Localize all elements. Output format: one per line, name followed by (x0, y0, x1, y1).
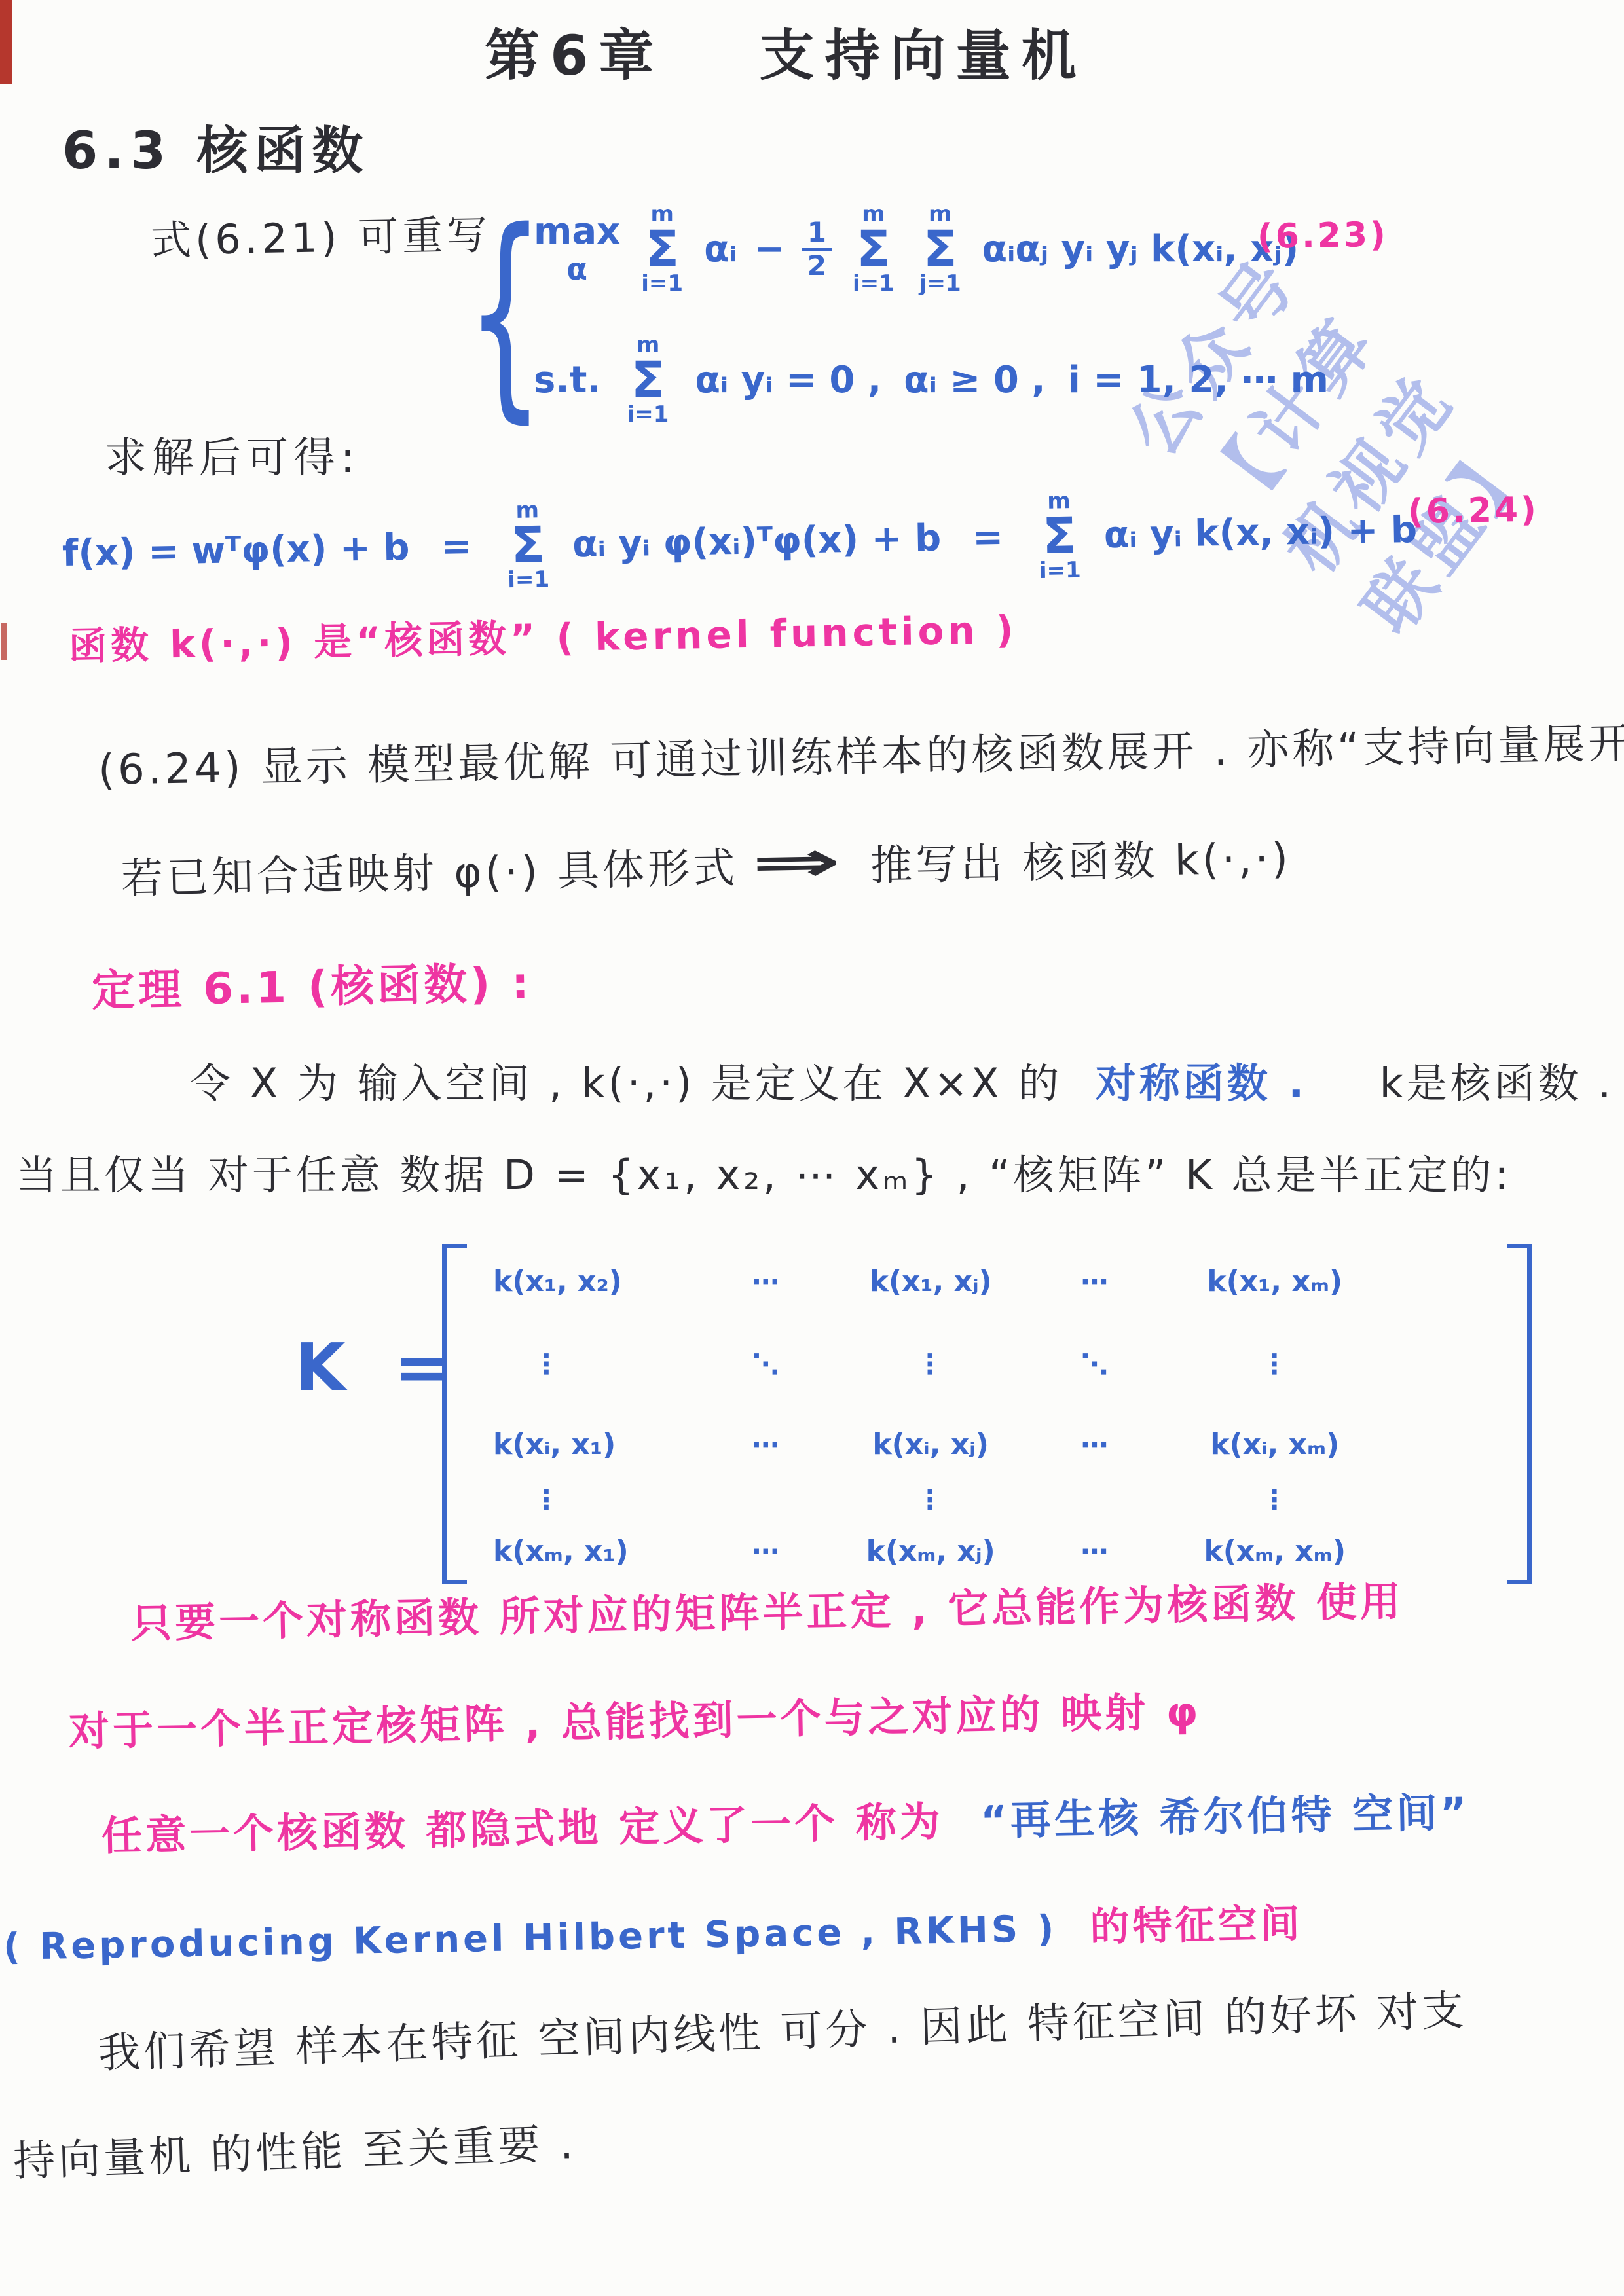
max-operator: max α (534, 213, 620, 284)
sum-lower-limit: i=1 (507, 568, 549, 591)
symmetric-function-highlight: 对称函数 . (1096, 1059, 1307, 1107)
matrix-cell: ⋯ (1080, 1535, 1109, 1567)
matrix-cell: ⋮ (916, 1484, 945, 1516)
equation-number-6-24: (6.24) (1407, 490, 1539, 532)
matrix-cell: ⋯ (1080, 1429, 1109, 1461)
sum-lower-limit: i=1 (641, 272, 683, 295)
matrix-symbol-K: K (295, 1329, 346, 1406)
scan-artifact (1, 623, 7, 660)
subject-to-label: s.t. (534, 359, 601, 401)
mapping-conclusion: 推写出 核函数 k(·,·) (870, 835, 1292, 890)
theorem-line-1: 令 X 为 输入空间 , k(·,·) 是定义在 X×X 的 对称函数 . k是… (190, 1051, 1614, 1109)
sum-constraint: m Σ i=1 (627, 334, 669, 426)
fraction-one-half: 1 2 (802, 218, 832, 280)
matrix-left-bracket (442, 1244, 467, 1584)
phi-expansion-term: αᵢ yᵢ φ(xᵢ)ᵀφ(x) + b (572, 517, 942, 566)
matrix-cell: ⋱ (752, 1348, 781, 1380)
feature-space-pink: 的特征空间 (1090, 1901, 1303, 1950)
constraint-alpha-nonneg: αᵢ ≥ 0 , (904, 359, 1045, 401)
sum-j: m Σ j=1 (919, 203, 961, 295)
fraction-numerator: 1 (802, 218, 832, 251)
sum-lower-limit: i=1 (853, 272, 895, 295)
notebook-page: 公众号【计算机视觉联盟】 第6章 支持向量机 6.3 核函数 式(6.21) 可… (0, 0, 1624, 2296)
matrix-cell: k(x₁, x₂) (473, 1265, 622, 1298)
sum-i2: m Σ i=1 (853, 203, 895, 295)
equation-number-6-23: (6.23) (1257, 215, 1388, 257)
matrix-right-bracket (1507, 1244, 1532, 1584)
theorem-line1-black-b: k是核函数 . (1380, 1059, 1614, 1107)
pink-note-rkhs-intro: 任意一个核函数 都隐式地 定义了一个 称为 “再生核 希尔伯特 空间” (101, 1780, 1470, 1862)
constraint-sum-zero: αᵢ yᵢ = 0 , (695, 359, 881, 401)
matrix-cell: k(xₘ, xⱼ) (866, 1535, 995, 1568)
sigma-symbol: Σ (923, 225, 957, 272)
sigma-symbol: Σ (511, 521, 545, 569)
theorem-line1-black-a: 令 X 为 输入空间 , k(·,·) 是定义在 X×X 的 (190, 1059, 1062, 1107)
minus-sign: − (754, 228, 785, 270)
constraint-index-range: i = 1, 2, ⋯ m (1068, 359, 1329, 401)
equals-sign: = (972, 516, 1004, 559)
mapping-premise: 若已知合适映射 φ(·) 具体形式 (120, 845, 738, 903)
sum-i: m Σ i=1 (641, 203, 683, 295)
equation-6-23-objective: max α m Σ i=1 αᵢ − 1 2 m Σ i=1 m Σ j=1 α… (534, 203, 1299, 295)
theorem-line-2: 当且仅当 对于任意 数据 D = {x₁, x₂, ⋯ xₘ} , “核矩阵” … (16, 1142, 1511, 1201)
sum-lower-limit: j=1 (919, 272, 961, 295)
rkhs-english-line: ( Reproducing Kernel Hilbert Space , RKH… (3, 1892, 1303, 1971)
fraction-denominator: 2 (807, 251, 826, 280)
matrix-cell: ⋯ (752, 1535, 781, 1567)
fx-definition: f(x) = wᵀφ(x) + b (62, 526, 410, 574)
closing-paragraph-line-2: 持向量机 的性能 至关重要 . (12, 2110, 578, 2188)
matrix-cell: ⋮ (1261, 1484, 1289, 1516)
matrix-cell: ⋯ (752, 1266, 781, 1298)
section-heading: 6.3 核函数 (62, 110, 369, 183)
matrix-cell: ⋮ (916, 1348, 945, 1380)
kernel-function-note: 函数 k(·,·) 是“核函数” ( kernel function ) (68, 599, 1018, 670)
mapping-implication-line: 若已知合适映射 φ(·) 具体形式⇒推写出 核函数 k(·,·) (120, 821, 1291, 907)
matrix-cell: k(x₁, xⱼ) (870, 1265, 992, 1298)
matrix-cell: ⋮ (473, 1348, 561, 1380)
sigma-symbol: Σ (857, 225, 891, 272)
matrix-cell: ⋮ (1261, 1348, 1289, 1380)
matrix-equals: = (394, 1329, 449, 1406)
page-title: 第6章 支持向量机 (485, 12, 1087, 91)
closing-paragraph-line-1: 我们希望 样本在特征 空间内线性 可分 . 因此 特征空间 的好坏 对支 (98, 1977, 1468, 2080)
sigma-symbol: Σ (631, 356, 665, 403)
matrix-cell: k(xₘ, xₘ) (1204, 1535, 1346, 1568)
scan-artifact (0, 24, 6, 69)
equation-6-24: f(x) = wᵀφ(x) + b = m Σ i=1 αᵢ yᵢ φ(xᵢ)ᵀ… (62, 484, 1418, 599)
equation-intro: 式(6.21) 可重写 (150, 202, 492, 266)
matrix-grid: k(x₁, x₂) ⋯ k(x₁, xⱼ) ⋯ k(x₁, xₘ) ⋮ ⋱ ⋮ … (467, 1244, 1507, 1584)
term-kernel-product: αᵢαⱼ yᵢ yⱼ k(xᵢ, xⱼ) (982, 228, 1299, 270)
matrix-cell: k(xₘ, x₁) (473, 1535, 629, 1568)
theorem-heading: 定理 6.1 (核函数) : (91, 948, 532, 1018)
matrix-cell: ⋯ (1080, 1266, 1109, 1298)
solve-note: 求解后可得: (105, 424, 360, 484)
equation-6-23-constraints: s.t. m Σ i=1 αᵢ yᵢ = 0 , αᵢ ≥ 0 , i = 1,… (534, 334, 1329, 426)
matrix-cell: ⋯ (752, 1429, 781, 1461)
matrix-cell: k(x₁, xₘ) (1207, 1265, 1342, 1298)
matrix-cell: ⋮ (473, 1484, 561, 1516)
sigma-symbol: Σ (645, 225, 679, 272)
matrix-cell: k(xᵢ, xⱼ) (872, 1428, 989, 1461)
matrix-cell: k(xᵢ, xₘ) (1210, 1428, 1339, 1461)
rkhs-english-blue: ( Reproducing Kernel Hilbert Space , RKH… (3, 1908, 1058, 1969)
sum-624-b: m Σ i=1 (1038, 490, 1081, 582)
term-alpha-i: αᵢ (704, 228, 737, 270)
kernel-matrix-lhs: K = (295, 1329, 449, 1406)
implies-arrow: ⇒ (750, 829, 847, 896)
matrix-cell: k(xᵢ, x₁) (473, 1428, 616, 1461)
kernel-expansion-term: αᵢ yᵢ k(x, xᵢ) + b (1103, 508, 1417, 556)
sum-lower-limit: i=1 (1039, 559, 1081, 582)
max-subscript: α (566, 254, 587, 284)
sum-lower-limit: i=1 (627, 403, 669, 426)
matrix-cell: ⋱ (1080, 1348, 1109, 1380)
sigma-symbol: Σ (1042, 512, 1077, 560)
rkhs-name-blue: “再生核 希尔伯特 空间” (980, 1789, 1471, 1845)
sum-624-a: m Σ i=1 (506, 499, 549, 591)
curly-brace: { (466, 196, 544, 430)
rkhs-intro-pink: 任意一个核函数 都隐式地 定义了一个 称为 (101, 1798, 944, 1860)
equals-sign: = (441, 525, 472, 568)
max-label: max (534, 213, 620, 250)
support-vector-expansion-paragraph: (6.24) 显示 模型最优解 可通过训练样本的核函数展开 . 亦称“支持向量展… (98, 708, 1624, 797)
kernel-matrix: k(x₁, x₂) ⋯ k(x₁, xⱼ) ⋯ k(x₁, xₘ) ⋮ ⋱ ⋮ … (442, 1244, 1532, 1584)
pink-note-psd-usable: 只要一个对称函数 所对应的矩阵半正定 , 它总能作为核函数 使用 (130, 1569, 1404, 1649)
pink-note-mapping-exists: 对于一个半正定核矩阵 , 总能找到一个与之对应的 映射 φ (68, 1679, 1202, 1757)
